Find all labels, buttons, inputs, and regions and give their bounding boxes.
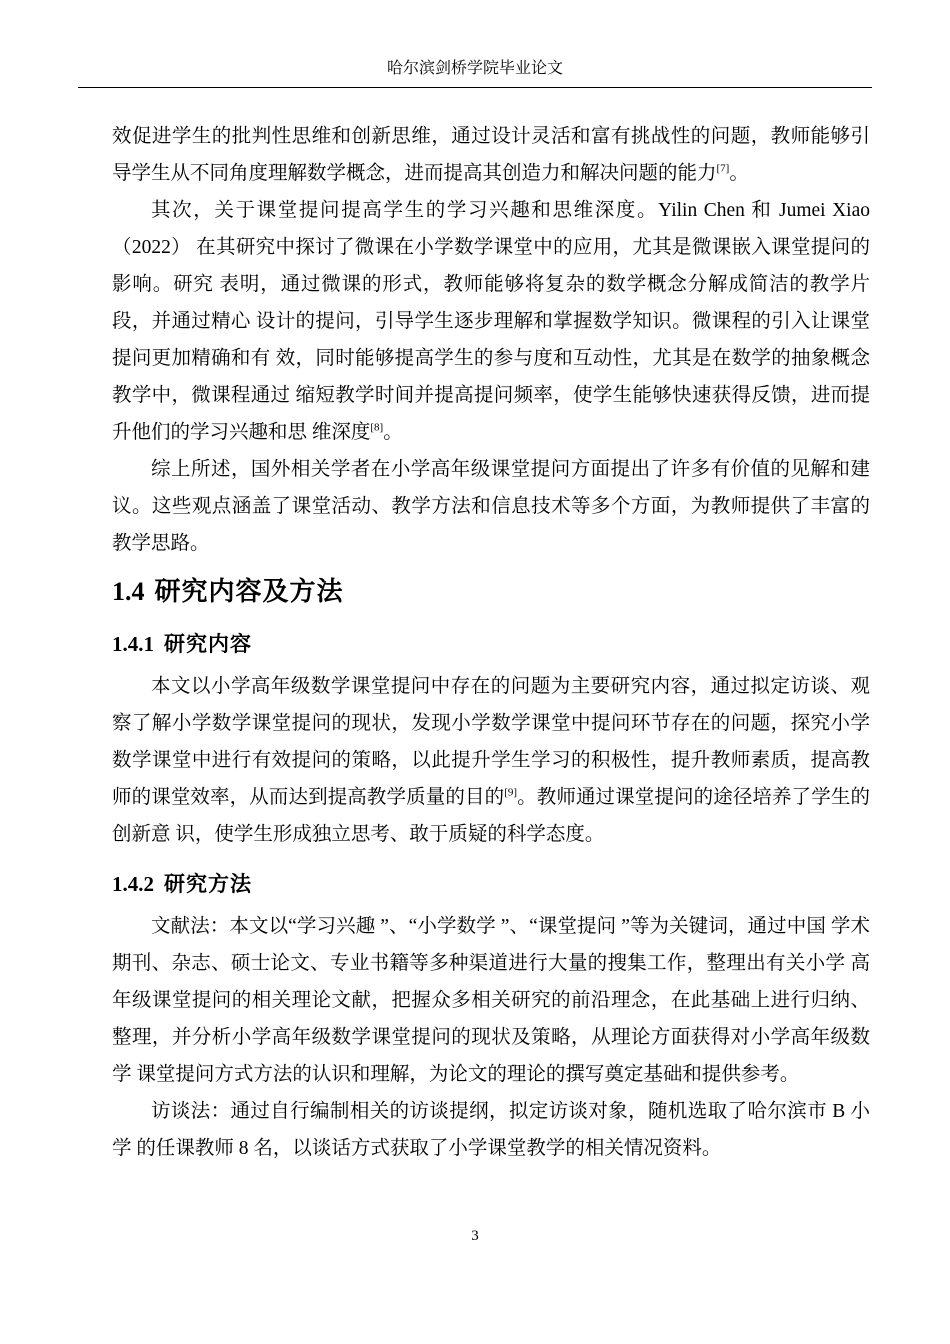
section-number: 1.4 (112, 577, 145, 606)
section-heading-1-4: 1.4研究内容及方法 (112, 570, 870, 613)
paragraph-literature-method: 文献法：本文以“学习兴趣 ”、“小学数学 ”、“课堂提问 ”等为关键词，通过中国… (112, 908, 870, 1093)
page-number: 3 (471, 1228, 479, 1244)
paragraph-text: 。 (383, 422, 403, 443)
paragraph-summary: 综上所述，国外相关学者在小学高年级课堂提问方面提出了许多有价值的见解和建议。这些… (112, 451, 870, 562)
section-heading-1-4-1: 1.4.1研究内容 (112, 625, 870, 664)
paragraph-text: 文献法：本文以“学习兴趣 ”、“小学数学 ”、“课堂提问 ”等为关键词，通过中国… (112, 916, 870, 1085)
document-body: 效促进学生的批判性思维和创新思维，通过设计灵活和富有挑战性的问题，教师能够引导学… (112, 118, 870, 1167)
section-title: 研究内容及方法 (155, 576, 344, 606)
citation-ref-8: [8] (370, 422, 383, 434)
paragraph-text: 访谈法：通过自行编制相关的访谈提纲，拟定访谈对象，随机选取了哈尔滨市 B 小学 … (112, 1101, 870, 1159)
section-title: 研究内容 (164, 633, 252, 656)
header-title: 哈尔滨剑桥学院毕业论文 (387, 60, 563, 77)
paragraph-text: 其次，关于课堂提问提高学生的学习兴趣和思维深度。Yilin Chen 和 Jum… (112, 200, 870, 443)
page-footer: 3 (0, 1226, 950, 1246)
section-heading-1-4-2: 1.4.2研究方法 (112, 865, 870, 904)
paragraph-research-content: 本文以小学高年级数学课堂提问中存在的问题为主要研究内容，通过拟定访谈、观察了解小… (112, 668, 870, 853)
paragraph-interview-method: 访谈法：通过自行编制相关的访谈提纲，拟定访谈对象，随机选取了哈尔滨市 B 小学 … (112, 1093, 870, 1167)
paragraph-text: 综上所述，国外相关学者在小学高年级课堂提问方面提出了许多有价值的见解和建议。这些… (112, 459, 870, 554)
section-title: 研究方法 (164, 873, 252, 896)
citation-ref-9: [9] (504, 787, 517, 799)
page-header: 哈尔滨剑桥学院毕业论文 (78, 58, 872, 88)
citation-ref-7: [7] (717, 163, 730, 175)
document-page: 哈尔滨剑桥学院毕业论文 效促进学生的批判性思维和创新思维，通过设计灵活和富有挑战… (0, 0, 950, 1344)
paragraph-text: 效促进学生的批判性思维和创新思维，通过设计灵活和富有挑战性的问题，教师能够引导学… (112, 126, 870, 184)
paragraph-secondly: 其次，关于课堂提问提高学生的学习兴趣和思维深度。Yilin Chen 和 Jum… (112, 192, 870, 451)
section-number: 1.4.2 (112, 872, 154, 896)
paragraph-text: 。 (729, 163, 749, 184)
paragraph-continuation: 效促进学生的批判性思维和创新思维，通过设计灵活和富有挑战性的问题，教师能够引导学… (112, 118, 870, 192)
section-number: 1.4.1 (112, 632, 154, 656)
